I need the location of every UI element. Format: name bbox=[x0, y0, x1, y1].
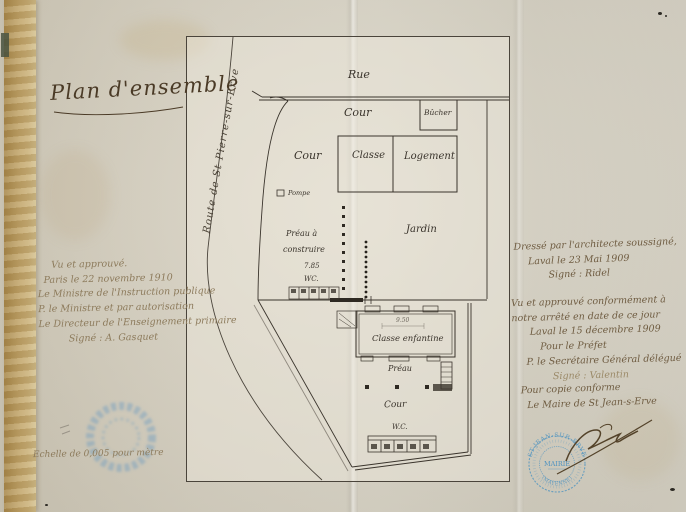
plot-boundary bbox=[252, 91, 509, 470]
paper-speck bbox=[45, 504, 48, 506]
room-label-classe: Classe bbox=[352, 150, 385, 161]
street-label: Rue bbox=[348, 68, 370, 81]
room-label-bucher: Bûcher bbox=[424, 108, 451, 117]
paper-speck bbox=[670, 488, 675, 491]
room-label-wc-upper: WC. bbox=[304, 275, 319, 283]
room-label-cour-top: Cour bbox=[344, 106, 371, 119]
title-underline bbox=[54, 107, 183, 115]
prefect-approval-block: Vu et approuvé conformément à notre arrê… bbox=[511, 293, 682, 386]
room-label-wc-lower: W.C. bbox=[392, 423, 408, 431]
pump-icon bbox=[277, 190, 284, 196]
room-label-preau-1: Préau à bbox=[286, 229, 317, 238]
room-label-pompe: Pompe bbox=[288, 189, 310, 197]
stamp-arc-bottom-text: (MAYENNE) bbox=[540, 475, 574, 488]
buildings bbox=[337, 100, 457, 389]
fence-posts bbox=[342, 206, 345, 290]
pencil-marks bbox=[60, 425, 70, 434]
room-label-preau-lower: Préau bbox=[388, 364, 412, 373]
mayor-note-block: Pour copie conforme Le Maire de St Jean-… bbox=[521, 380, 658, 414]
room-label-classe-enfantine: Classe enfantine bbox=[372, 334, 444, 344]
paper-speck bbox=[658, 12, 662, 15]
dimension-classe-enfantine: 9.50 bbox=[396, 317, 409, 324]
room-label-cour-lower: Cour bbox=[384, 400, 407, 411]
room-label-preau-2: construire bbox=[283, 245, 325, 254]
preau-posts bbox=[365, 385, 429, 389]
room-label-cour-upper: Cour bbox=[294, 149, 321, 162]
stair-foot bbox=[433, 384, 452, 391]
dotted-fence bbox=[365, 241, 368, 299]
scanned-plan-document: ST-JEAN-SUR-ERVE (MAYENNE) MAIRIE Plan d… bbox=[0, 0, 686, 512]
room-label-jardin: Jardin bbox=[406, 224, 437, 235]
dimension-preau: 7.85 bbox=[304, 262, 320, 270]
paper-speck bbox=[665, 15, 667, 17]
room-label-logement: Logement bbox=[404, 151, 455, 162]
stamp-center-text: MAIRIE bbox=[544, 460, 570, 468]
svg-text:(MAYENNE): (MAYENNE) bbox=[540, 475, 574, 488]
architect-note-block: Dressé par l'architecte soussigné, Laval… bbox=[513, 235, 678, 285]
minister-approval-block: Vu et approuvé. Paris le 22 novembre 191… bbox=[37, 255, 237, 347]
